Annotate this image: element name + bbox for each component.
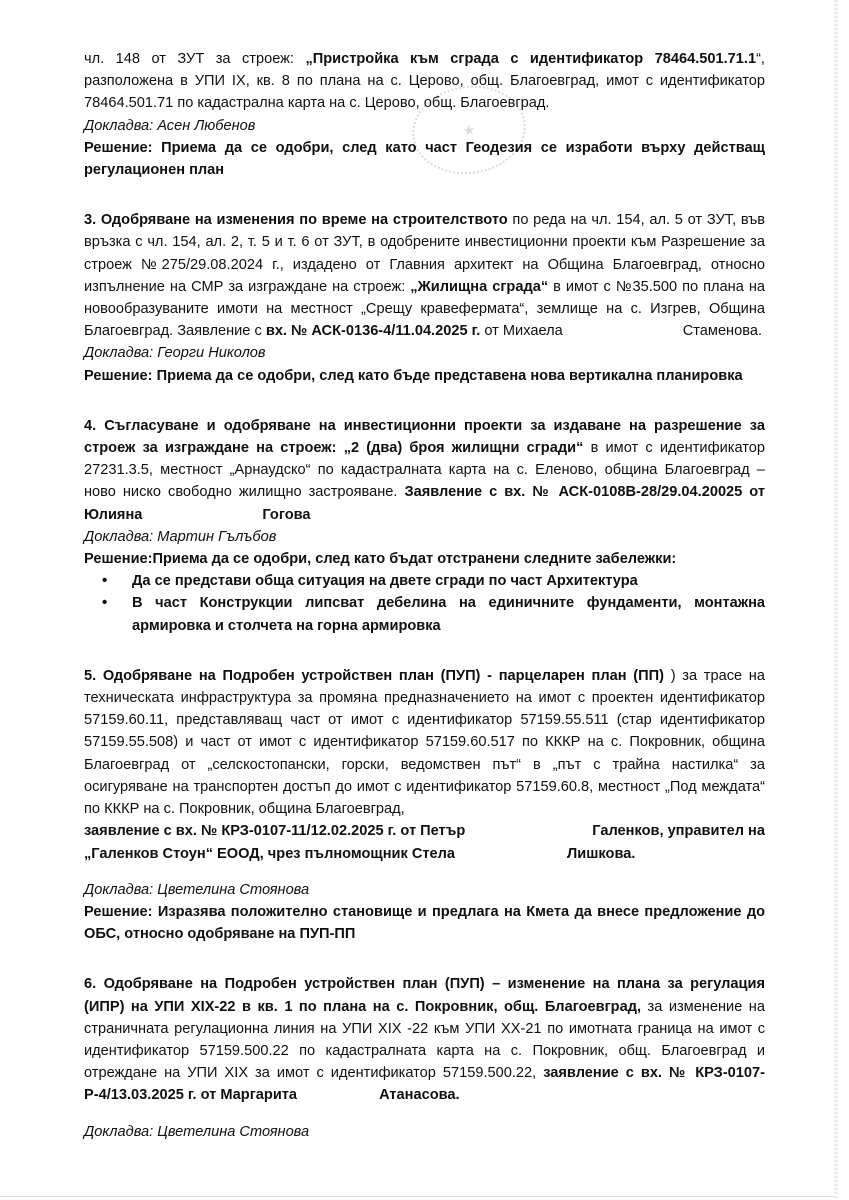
scan-page-edge-bottom (0, 1196, 834, 1197)
document-body: чл. 148 от ЗУТ за строеж: „Пристройка къ… (84, 48, 765, 1143)
reporter: Докладва: Асен Любенов (84, 115, 765, 137)
remarks-list: Да се представи обща ситуация на двете с… (84, 570, 765, 637)
agenda-item-5: 5. Одобряване на Подробен устройствен пл… (84, 665, 765, 945)
decision: Решение: Изразява положително становище … (84, 901, 765, 945)
item-5-description: 5. Одобряване на Подробен устройствен пл… (84, 665, 765, 820)
reporter: Докладва: Георги Николов (84, 342, 765, 364)
item-4-description: 4. Съгласуване и одобряване на инвестици… (84, 415, 765, 526)
remark-item: В част Конструкции липсват дебелина на е… (132, 592, 765, 636)
scan-page-edge-right (834, 0, 838, 1200)
reporter: Докладва: Мартин Гълъбов (84, 526, 765, 548)
decision: Решение: Приема да се одобри, след като … (84, 137, 765, 181)
item-6-description: 6. Одобряване на Подробен устройствен пл… (84, 973, 765, 1106)
application-number: вх. № АСК-0136-4/11.04.2025 г. (266, 323, 480, 339)
reporter: Докладва: Цветелина Стоянова (84, 1121, 765, 1143)
item-2-description: чл. 148 от ЗУТ за строеж: „Пристройка къ… (84, 48, 765, 115)
reporter: Докладва: Цветелина Стоянова (84, 879, 765, 901)
decision: Решение: Приема да се одобри, след като … (84, 365, 765, 387)
decision: Решение:Приема да се одобри, след като б… (84, 548, 765, 570)
agenda-item-3: 3. Одобряване на изменения по време на с… (84, 209, 765, 387)
agenda-item-4: 4. Съгласуване и одобряване на инвестици… (84, 415, 765, 637)
item-title: 3. Одобряване на изменения по време на с… (84, 212, 508, 228)
application-line-1: заявление с вх. № КРЗ-0107-11/12.02.2025… (84, 820, 765, 842)
remark-item: Да се представи обща ситуация на двете с… (132, 570, 765, 592)
agenda-item-2: чл. 148 от ЗУТ за строеж: „Пристройка къ… (84, 48, 765, 181)
item-title: 5. Одобряване на Подробен устройствен пл… (84, 668, 664, 684)
item-3-description: 3. Одобряване на изменения по време на с… (84, 209, 765, 342)
agenda-item-6: 6. Одобряване на Подробен устройствен пл… (84, 973, 765, 1142)
building-name: „Пристройка към сграда с идентификатор 7… (305, 51, 756, 67)
application-line-2: „Галенков Стоун“ ЕООД, чрез пълномощник … (84, 843, 765, 865)
